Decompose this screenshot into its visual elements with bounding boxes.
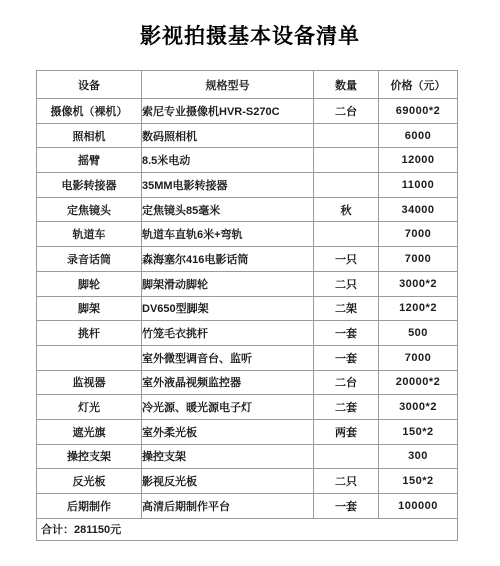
table-row: 遮光旗 室外柔光板 两套 150*2: [37, 419, 458, 444]
qty-cell: [314, 173, 379, 198]
price-cell: 500: [379, 321, 458, 346]
spec-cell: 数码照相机: [142, 123, 314, 148]
table-row: 操控支架 操控支架 300: [37, 444, 458, 469]
spec-cell: 定焦镜头85毫米: [142, 197, 314, 222]
table-row: 摄像机（裸机） 索尼专业摄像机HVR-S270C 二台 69000*2: [37, 99, 458, 124]
column-header-qty: 数量: [314, 71, 379, 99]
spec-cell: 冷光源、暖光源电子灯: [142, 395, 314, 420]
qty-cell: [314, 123, 379, 148]
table-row: 照相机 数码照相机 6000: [37, 123, 458, 148]
device-cell: 定焦镜头: [37, 197, 142, 222]
price-cell: 11000: [379, 173, 458, 198]
device-cell: 摄像机（裸机）: [37, 99, 142, 124]
table-row: 轨道车 轨道车直轨6米+弯轨 7000: [37, 222, 458, 247]
device-cell: [37, 345, 142, 370]
total-label: 合计：281150元: [37, 518, 458, 540]
table-row: 定焦镜头 定焦镜头85毫米 秋 34000: [37, 197, 458, 222]
price-cell: 34000: [379, 197, 458, 222]
device-cell: 监视器: [37, 370, 142, 395]
spec-cell: 森海塞尔416电影话筒: [142, 247, 314, 272]
qty-cell: 一套: [314, 321, 379, 346]
price-cell: 100000: [379, 494, 458, 519]
table-row: 监视器 室外液晶视频监控器 二台 20000*2: [37, 370, 458, 395]
qty-cell: 一套: [314, 345, 379, 370]
spec-cell: 室外微型调音台、监听: [142, 345, 314, 370]
device-cell: 挑杆: [37, 321, 142, 346]
spec-cell: DV650型脚架: [142, 296, 314, 321]
equipment-table: 设备 规格型号 数量 价格（元） 摄像机（裸机） 索尼专业摄像机HVR-S270…: [36, 70, 458, 541]
qty-cell: 一套: [314, 494, 379, 519]
spec-cell: 影视反光板: [142, 469, 314, 494]
table-row: 室外微型调音台、监听 一套 7000: [37, 345, 458, 370]
qty-cell: 二架: [314, 296, 379, 321]
qty-cell: 两套: [314, 419, 379, 444]
qty-cell: 二套: [314, 395, 379, 420]
price-cell: 69000*2: [379, 99, 458, 124]
price-cell: 7000: [379, 345, 458, 370]
price-cell: 300: [379, 444, 458, 469]
price-cell: 6000: [379, 123, 458, 148]
qty-cell: 二台: [314, 99, 379, 124]
device-cell: 遮光旗: [37, 419, 142, 444]
spec-cell: 轨道车直轨6米+弯轨: [142, 222, 314, 247]
qty-cell: [314, 148, 379, 173]
column-header-price: 价格（元）: [379, 71, 458, 99]
document-page: 影视拍摄基本设备清单 设备 规格型号 数量 价格（元） 摄像机（裸机） 索尼专业…: [0, 0, 500, 566]
qty-cell: 秋: [314, 197, 379, 222]
column-header-spec: 规格型号: [142, 71, 314, 99]
device-cell: 灯光: [37, 395, 142, 420]
table-row: 摇臂 8.5米电动 12000: [37, 148, 458, 173]
table-row: 电影转接器 35MM电影转接器 11000: [37, 173, 458, 198]
table-row: 挑杆 竹笼毛衣挑杆 一套 500: [37, 321, 458, 346]
spec-cell: 35MM电影转接器: [142, 173, 314, 198]
device-cell: 后期制作: [37, 494, 142, 519]
table-row: 灯光 冷光源、暖光源电子灯 二套 3000*2: [37, 395, 458, 420]
table-row: 反光板 影视反光板 二只 150*2: [37, 469, 458, 494]
qty-cell: [314, 444, 379, 469]
spec-cell: 操控支架: [142, 444, 314, 469]
device-cell: 电影转接器: [37, 173, 142, 198]
price-cell: 150*2: [379, 469, 458, 494]
device-cell: 摇臂: [37, 148, 142, 173]
table-row: 脚架 DV650型脚架 二架 1200*2: [37, 296, 458, 321]
qty-cell: 二台: [314, 370, 379, 395]
qty-cell: 二只: [314, 271, 379, 296]
table-row: 录音话筒 森海塞尔416电影话筒 一只 7000: [37, 247, 458, 272]
spec-cell: 8.5米电动: [142, 148, 314, 173]
spec-cell: 室外柔光板: [142, 419, 314, 444]
spec-cell: 高清后期制作平台: [142, 494, 314, 519]
page-title: 影视拍摄基本设备清单: [0, 0, 500, 51]
qty-cell: 一只: [314, 247, 379, 272]
column-header-device: 设备: [37, 71, 142, 99]
price-cell: 150*2: [379, 419, 458, 444]
price-cell: 12000: [379, 148, 458, 173]
device-cell: 轨道车: [37, 222, 142, 247]
spec-cell: 室外液晶视频监控器: [142, 370, 314, 395]
total-row: 合计：281150元: [37, 518, 458, 540]
device-cell: 操控支架: [37, 444, 142, 469]
device-cell: 照相机: [37, 123, 142, 148]
spec-cell: 竹笼毛衣挑杆: [142, 321, 314, 346]
header-row: 设备 规格型号 数量 价格（元）: [37, 71, 458, 99]
price-cell: 7000: [379, 222, 458, 247]
price-cell: 3000*2: [379, 271, 458, 296]
table-row: 后期制作 高清后期制作平台 一套 100000: [37, 494, 458, 519]
price-cell: 1200*2: [379, 296, 458, 321]
price-cell: 7000: [379, 247, 458, 272]
qty-cell: [314, 222, 379, 247]
device-cell: 反光板: [37, 469, 142, 494]
device-cell: 脚架: [37, 296, 142, 321]
device-cell: 录音话筒: [37, 247, 142, 272]
spec-cell: 脚架滑动脚轮: [142, 271, 314, 296]
qty-cell: 二只: [314, 469, 379, 494]
price-cell: 3000*2: [379, 395, 458, 420]
price-cell: 20000*2: [379, 370, 458, 395]
device-cell: 脚轮: [37, 271, 142, 296]
spec-cell: 索尼专业摄像机HVR-S270C: [142, 99, 314, 124]
table-row: 脚轮 脚架滑动脚轮 二只 3000*2: [37, 271, 458, 296]
